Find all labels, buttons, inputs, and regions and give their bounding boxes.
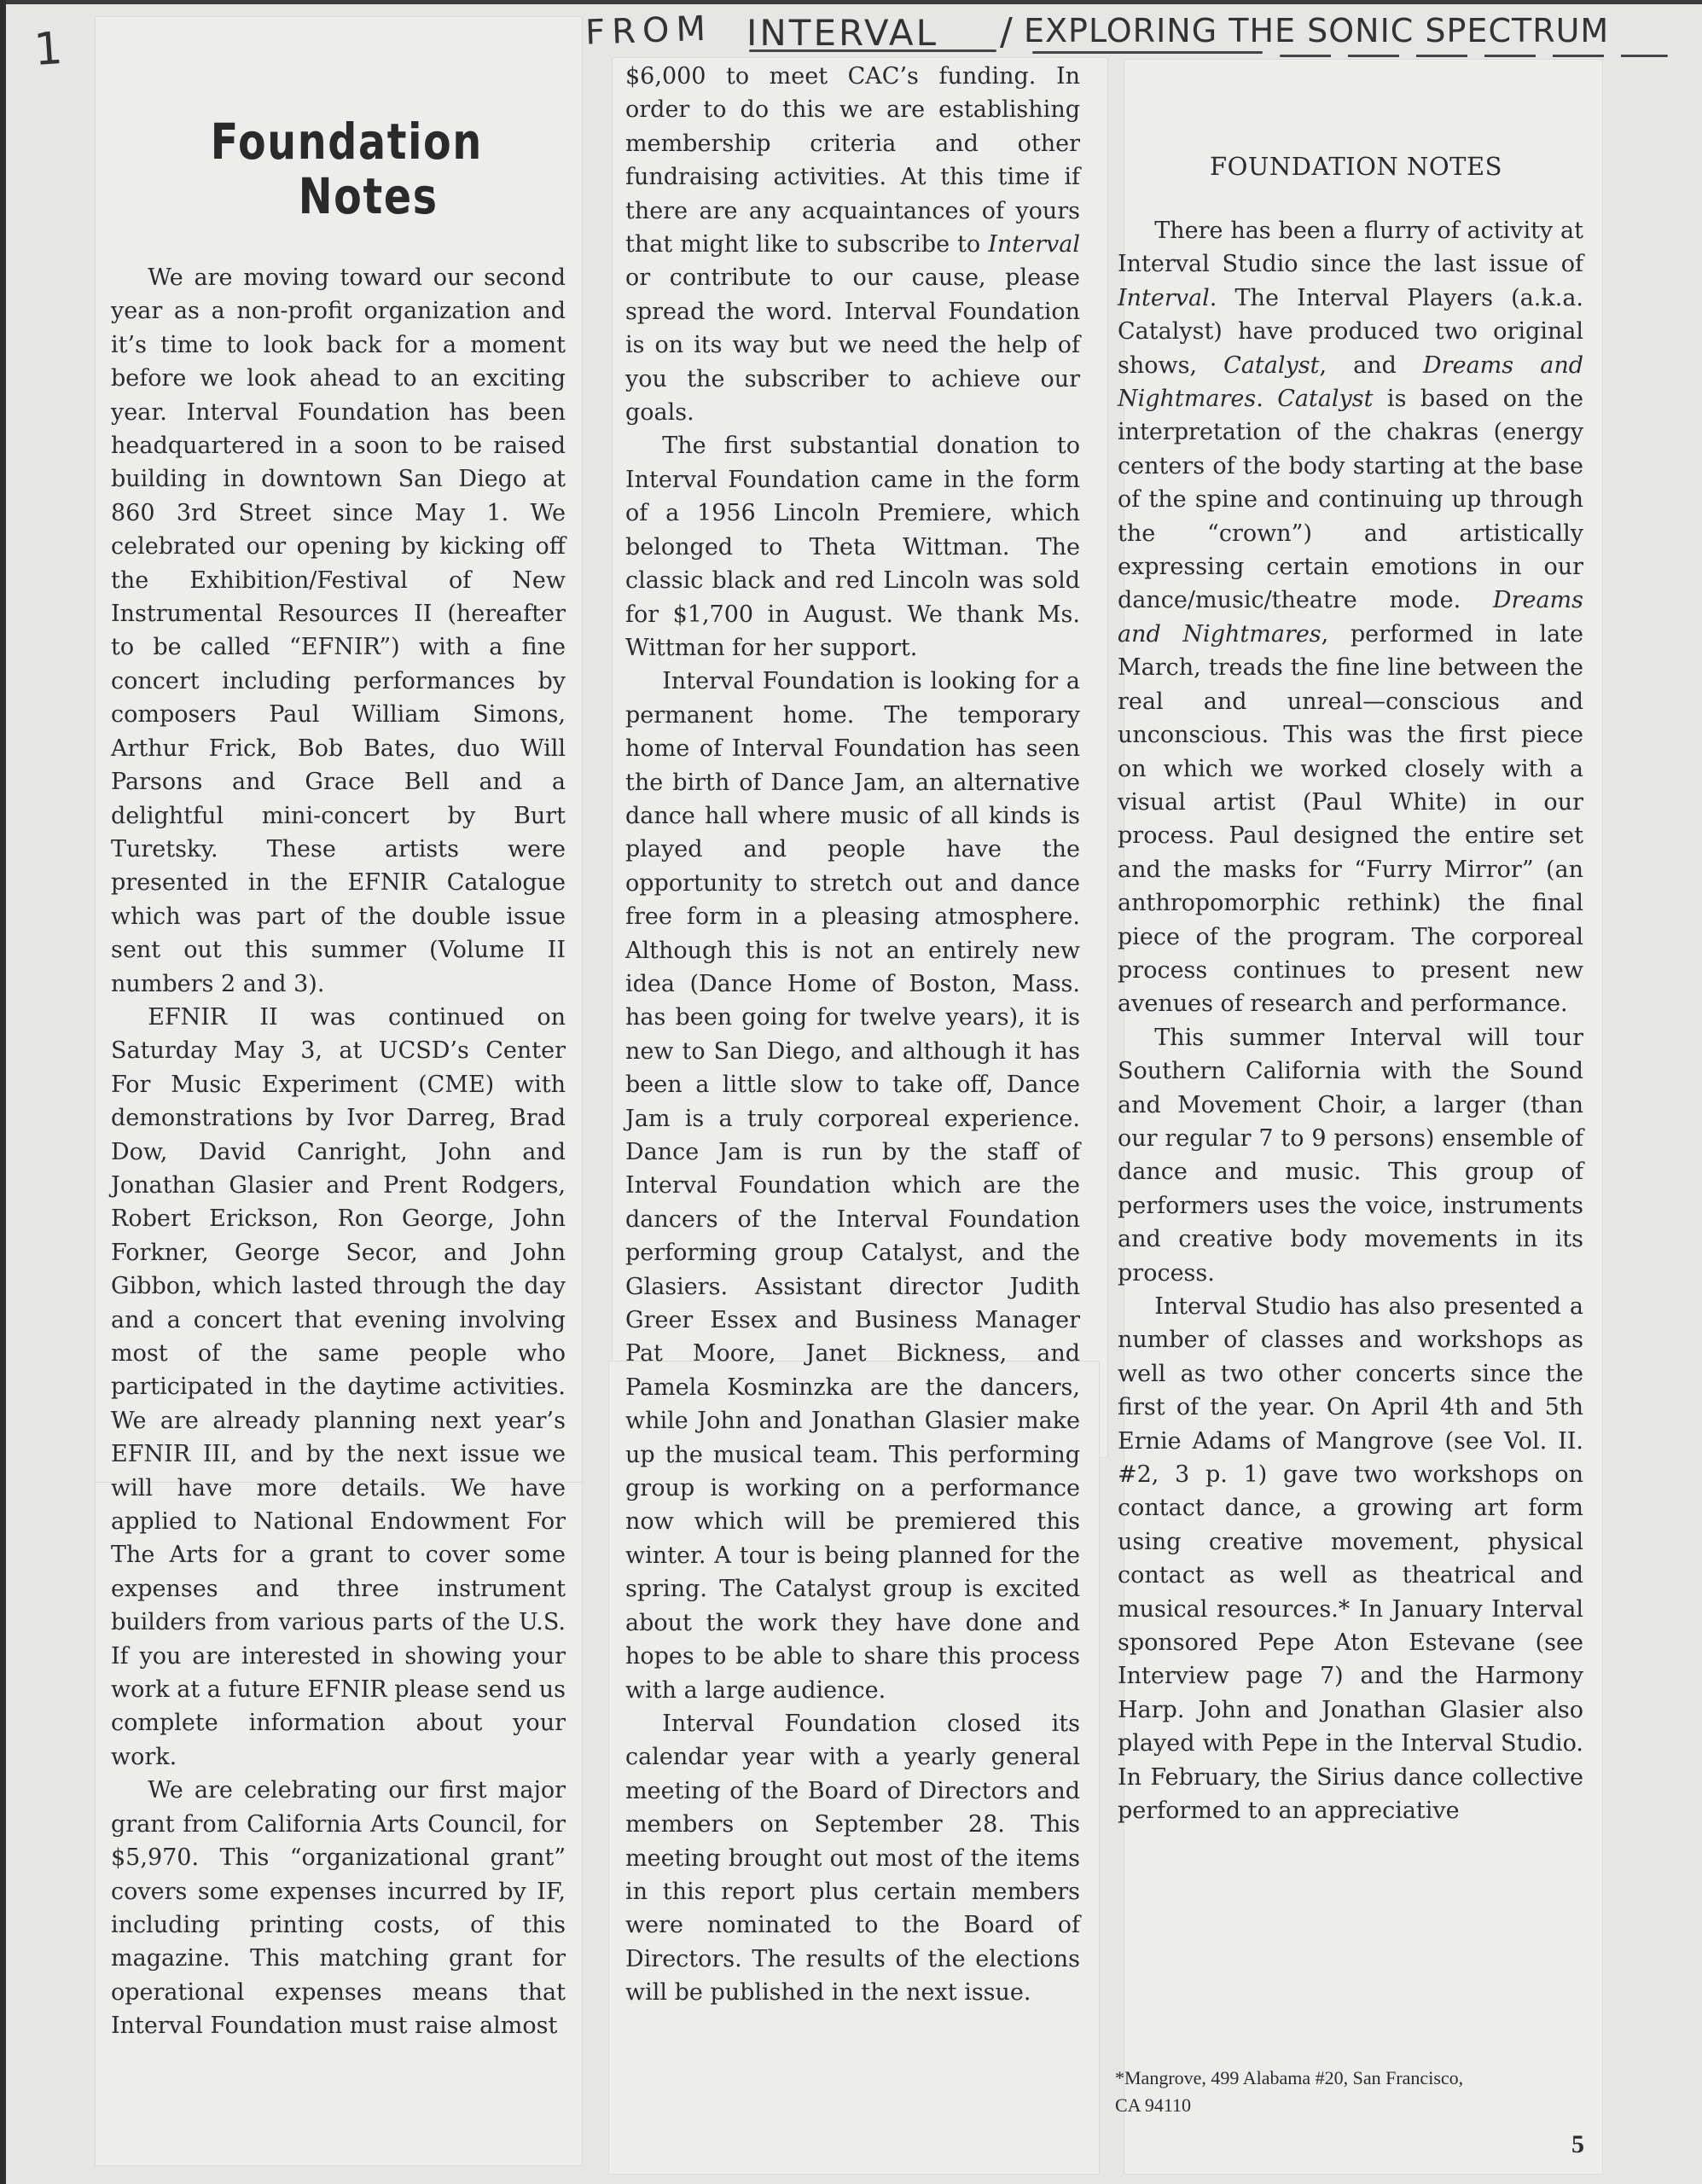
fall-column-1: We are moving toward our second year as … [111,261,566,2043]
fall-continued-paragraph-4: Interval Foundation closed its calendar … [625,1707,1080,2010]
text-span: There has been a flurry of activity at I… [1118,218,1583,277]
show-title-italic: Catalyst [1277,386,1373,412]
fall-title-line2: Notes [240,170,497,224]
text-span: , and [1319,352,1423,379]
fall-paragraph-3: We are celebrating our first major grant… [111,1774,566,2042]
fall-column-2: $6,000 to meet CAC’s funding. In order t… [625,60,1080,2010]
spring-paragraph-1: There has been a flurry of activity at I… [1118,214,1583,1021]
handwritten-header-title: INTERVAL [746,12,938,54]
show-title-italic: Catalyst [1223,352,1319,379]
magazine-title-italic: Interval [1118,285,1210,311]
text-span: or contribute to our cause, please sprea… [625,264,1080,426]
text-span: $6,000 to meet CAC’s funding. In order t… [625,63,1080,258]
spring-title: FOUNDATION NOTES [1210,152,1502,181]
fall-continued-paragraph-2: The first substantial donation to Interv… [625,429,1080,665]
subtitle-underline [1032,51,1263,54]
text-span: . [1256,386,1277,412]
handwritten-header-subtitle: EXPLORING THE SONIC SPECTRUM [1024,12,1609,49]
title-underline [749,49,996,52]
spring-paragraph-2: This summer Interval will tour Southern … [1118,1021,1583,1290]
footnote: *Mangrove, 499 Alabama #20, San Francisc… [1115,2065,1593,2119]
fall-paragraph-2: EFNIR II was continued on Saturday May 3… [111,1001,566,1774]
handwritten-header-slash: / [1000,10,1014,54]
magazine-title-italic: Interval [988,231,1080,258]
spring-paragraph-3: Interval Studio has also presented a num… [1118,1290,1583,1828]
fall-title: Foundation Notes [196,115,497,224]
fall-title-line1: Foundation [196,115,497,170]
footnote-line2: CA 94110 [1115,2092,1593,2119]
fall-continued-paragraph-3: Interval Foundation is looking for a per… [625,665,1080,1707]
text-span: , performed in late March, treads the fi… [1118,621,1583,1017]
subtitle-underline-dashed [1280,55,1668,57]
scan-border-top [0,0,1702,4]
footnote-line1: *Mangrove, 499 Alabama #20, San Francisc… [1115,2065,1593,2092]
spring-column: There has been a flurry of activity at I… [1118,214,1583,1828]
fall-paragraph-1: We are moving toward our second year as … [111,261,566,1001]
scan-border-left [0,0,6,2184]
handwritten-page-number: 1 [32,23,66,76]
fall-continued-paragraph-1: $6,000 to meet CAC’s funding. In order t… [625,60,1080,429]
text-span: is based on the interpretation of the ch… [1118,386,1583,613]
page-number: 5 [1571,2131,1584,2158]
